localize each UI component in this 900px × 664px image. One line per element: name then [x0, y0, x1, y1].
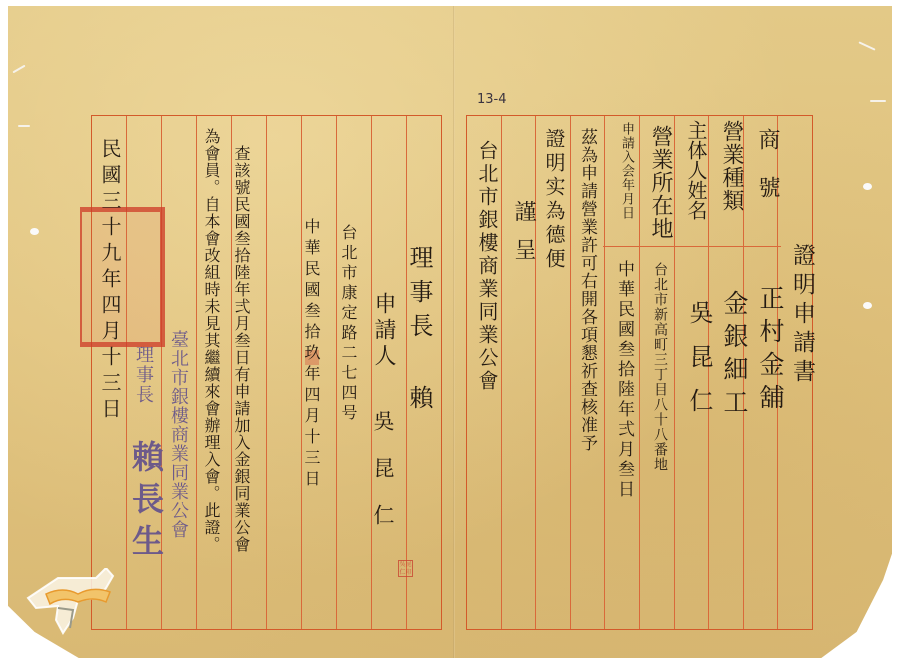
issuer-title: 理事長	[130, 345, 156, 405]
applicant-name: 吳昆仁	[368, 410, 398, 551]
field-label-business-type: 營業種類	[716, 120, 747, 212]
issue-date: 民國三十九年四月十三日	[96, 138, 125, 424]
chairman-line: 理事長 賴	[402, 245, 437, 419]
request-body-cont: 證明实為德便	[540, 128, 569, 272]
archive-logo-icon	[18, 568, 128, 638]
punch-hole	[30, 228, 39, 235]
verification-text-cont: 為會員。自本會改組時未見其繼續來會辦理入會。此證。	[200, 128, 223, 553]
applicant-label: 申請人	[368, 292, 399, 370]
request-body: 茲為申請營業許可右開各項懇祈查核准予	[575, 128, 600, 452]
center-fold	[453, 6, 455, 658]
punch-hole	[863, 302, 872, 309]
form-title: 證明申請書	[786, 243, 819, 388]
field-value-business-address: 台北市新高町三丁目八十八番地	[650, 262, 670, 472]
applicant-address: 台北市康定路二七四号	[337, 224, 360, 424]
paper-damage	[18, 125, 30, 127]
addressee: 台北市銀樓商業同業公會	[473, 140, 502, 393]
application-date: 中華民國叁拾玖年四月十三日	[300, 218, 323, 491]
field-label-owner-name: 主体人姓名	[682, 120, 711, 220]
field-label-join-date: 申請入会年月日	[618, 122, 634, 242]
field-value-shop-name: 正村金舖	[752, 285, 788, 417]
punch-hole	[863, 183, 872, 190]
field-value-join-date: 中華民國叁拾陸年弍月叁日	[612, 260, 637, 500]
page-mark: 13-4	[477, 92, 507, 107]
field-divider	[603, 246, 781, 247]
field-label-business-address: 營業所在地	[645, 125, 676, 240]
field-value-business-type: 金銀細工	[716, 290, 752, 422]
field-value-owner-name: 吳昆仁	[682, 300, 717, 432]
closing-salutation: 謹呈	[508, 200, 539, 276]
verification-text: 查該號民國叁拾陸年弍月叁日有申請加入金銀同業公會	[230, 145, 253, 553]
paper-damage	[870, 100, 886, 102]
issuer-name: 賴長生	[123, 440, 169, 566]
field-label-shop-name: 商號	[752, 128, 783, 224]
applicant-seal: 吳昆仁印	[398, 560, 413, 577]
